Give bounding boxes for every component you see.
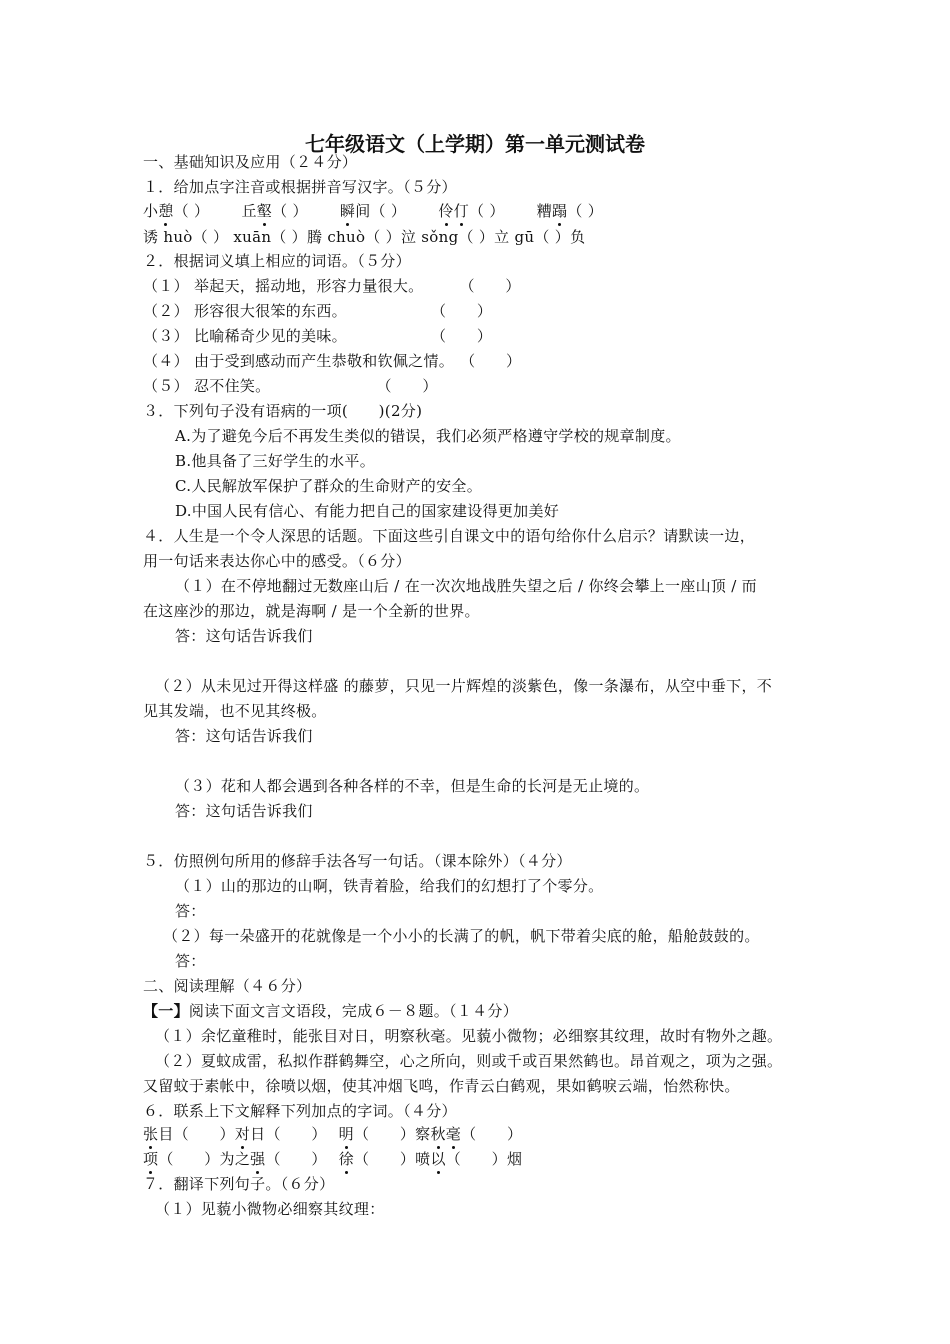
q1-item: 瞬间（ ） [340, 202, 406, 220]
emphasis-char: 仃 [454, 201, 469, 221]
question-1-prompt: １．给加点字注音或根据拼音写汉字。（５分） [143, 177, 457, 197]
q5-answer-1[interactable]: 答： [175, 901, 206, 921]
emphasis-char: 毫 [446, 1124, 461, 1144]
q2-item: （３） 比喻稀奇少见的美味。（ ） [143, 326, 492, 346]
answer-blank[interactable]: （ ） [431, 302, 492, 320]
q2-item: （２） 形容很大很笨的东西。（ ） [143, 301, 492, 321]
emphasis-char: 明 [339, 1124, 354, 1144]
q1-item: 小憩（ ） [143, 202, 209, 220]
q3-option-c: C.人民解放军保护了群众的生命财产的安全。 [175, 476, 482, 496]
q4-item-1: （１）在不停地翻过无数座山后 / 在一次次地战胜失望之后 / 你终会攀上一座山顶… [175, 576, 757, 596]
question-3-prompt: ３．下列句子没有语病的一项( )(2分) [143, 401, 422, 421]
q3-option-a: A.为了避免今后不再发生类似的错误，我们必须严格遵守学校的规章制度。 [175, 426, 681, 446]
q4-item-1-cont: 在这座沙的那边，就是海啊 / 是一个全新的世界。 [143, 601, 480, 621]
q4-answer-1[interactable]: 答：这句话告诉我们 [175, 626, 313, 646]
q2-item: （５） 忍不住笑。（ ） [143, 376, 438, 396]
q1-item: 丘壑（ ） [241, 202, 307, 220]
question-7-prompt: ７．翻译下列句子。（６分） [143, 1174, 334, 1194]
answer-blank[interactable]: （ ） [431, 327, 492, 345]
passage-2-cont: 又留蚊于素帐中，徐喷以烟，使其冲烟飞鸣，作青云白鹤观，果如鹤唳云端，怡然称快。 [143, 1076, 740, 1096]
q1-item: 糟蹋（ ） [537, 202, 603, 220]
q2-item: （４） 由于受到感动而产生恭敬和钦佩之情。（ ） [143, 351, 521, 371]
q2-item: （１） 举起天，摇动地，形容力量很大。（ ） [143, 276, 521, 296]
question-1-row1: 小憩（ ） 丘壑（ ） 瞬间（ ） 伶仃（ ） 糟蹋（ ） [143, 201, 603, 221]
question-4-prompt: ４．人生是一个令人深思的话题。下面这些引自课文中的语句给你什么启示？请默读一边， [143, 526, 755, 546]
emphasis-char: 项 [143, 1149, 158, 1169]
emphasis-char: 壑 [257, 201, 272, 221]
passage-2: （２）夏蚊成雷，私拟作群鹤舞空，心之所向，则或千或百果然鹤也。昂首观之，项为之强… [155, 1051, 782, 1071]
emphasis-char: 瞬 [340, 201, 355, 221]
question-4-prompt-cont: 用一句话来表达你心中的感受。（６分） [143, 551, 411, 571]
answer-blank[interactable]: （ ） [377, 377, 438, 395]
answer-blank[interactable]: （ ） [460, 277, 521, 295]
q5-answer-2[interactable]: 答： [175, 951, 206, 971]
question-6-row2: 项（ ）为之强（ ）徐（ ）喷以（ ）烟 [143, 1149, 522, 1169]
q4-answer-2[interactable]: 答：这句话告诉我们 [175, 726, 313, 746]
question-2-prompt: ２．根据词义填上相应的词语。（５分） [143, 251, 411, 271]
emphasis-char: 伶 [438, 201, 453, 221]
emphasis-char: 张 [143, 1124, 158, 1144]
emphasis-char: 秋 [430, 1124, 445, 1144]
question-5-prompt: ５．仿照例句所用的修辞手法各写一句话。（课本除外）（４分） [143, 851, 572, 871]
q4-item-2-cont: 见其发端，也不见其终极。 [143, 701, 327, 721]
q7-item-1: （１）见藐小微物必细察其纹理： [155, 1199, 385, 1219]
q5-item-1: （１）山的那边的山啊，铁青着脸，给我们的幻想打了个零分。 [175, 876, 603, 896]
emphasis-char: 强 [250, 1149, 265, 1169]
emphasis-char: 对 [235, 1124, 250, 1144]
section-heading-1: 一、基础知识及应用（２４分） [143, 152, 357, 172]
emphasis-char: 憩 [158, 201, 173, 221]
question-6-row1: 张目（ ）对日（ ）明（ ）察秋毫（ ） [143, 1124, 522, 1144]
passage-1: （１）余忆童稚时，能张目对日，明察秋毫。见藐小微物；必细察其纹理，故时有物外之趣… [155, 1026, 782, 1046]
reading-part-1-prompt: 【一】阅读下面文言文语段，完成６－８题。（１４分） [143, 1001, 518, 1021]
q4-answer-3[interactable]: 答：这句话告诉我们 [175, 801, 313, 821]
q4-item-2: （２）从未见过开得这样盛 的藤萝，只见一片辉煌的淡紫色，像一条瀑布，从空中垂下，… [155, 676, 772, 696]
section-heading-2: 二、阅读理解（４６分） [143, 976, 311, 996]
q5-item-2: （２）每一朵盛开的花就像是一个小小的长满了的帆，帆下带着尖底的舱，船舱鼓鼓的。 [163, 926, 760, 946]
emphasis-char: 徐 [339, 1149, 354, 1169]
answer-blank[interactable]: （ ） [460, 352, 521, 370]
q4-item-3: （３）花和人都会遇到各种各样的不幸，但是生命的长河是无止境的。 [175, 776, 649, 796]
question-1-row2: 诱 huò（ ） xuān（ ）腾 chuò（ ）泣 sǒng（ ）立 gū（ … [143, 227, 585, 247]
q1-item: 伶仃（ ） [438, 202, 504, 220]
emphasis-char: 以 [430, 1149, 445, 1169]
exam-page: 七年级语文（上学期）第一单元测试卷 一、基础知识及应用（２４分） １．给加点字注… [0, 0, 950, 1344]
q3-option-b: B.他具备了三好学生的水平。 [175, 451, 375, 471]
emphasis-char: 蹋 [552, 201, 567, 221]
part-label: 【一】 [143, 1002, 189, 1020]
question-6-prompt: ６．联系上下文解释下列加点的字词。（４分） [143, 1101, 457, 1121]
q3-option-d: D.中国人民有信心、有能力把自己的国家建设得更加美好 [175, 501, 559, 521]
